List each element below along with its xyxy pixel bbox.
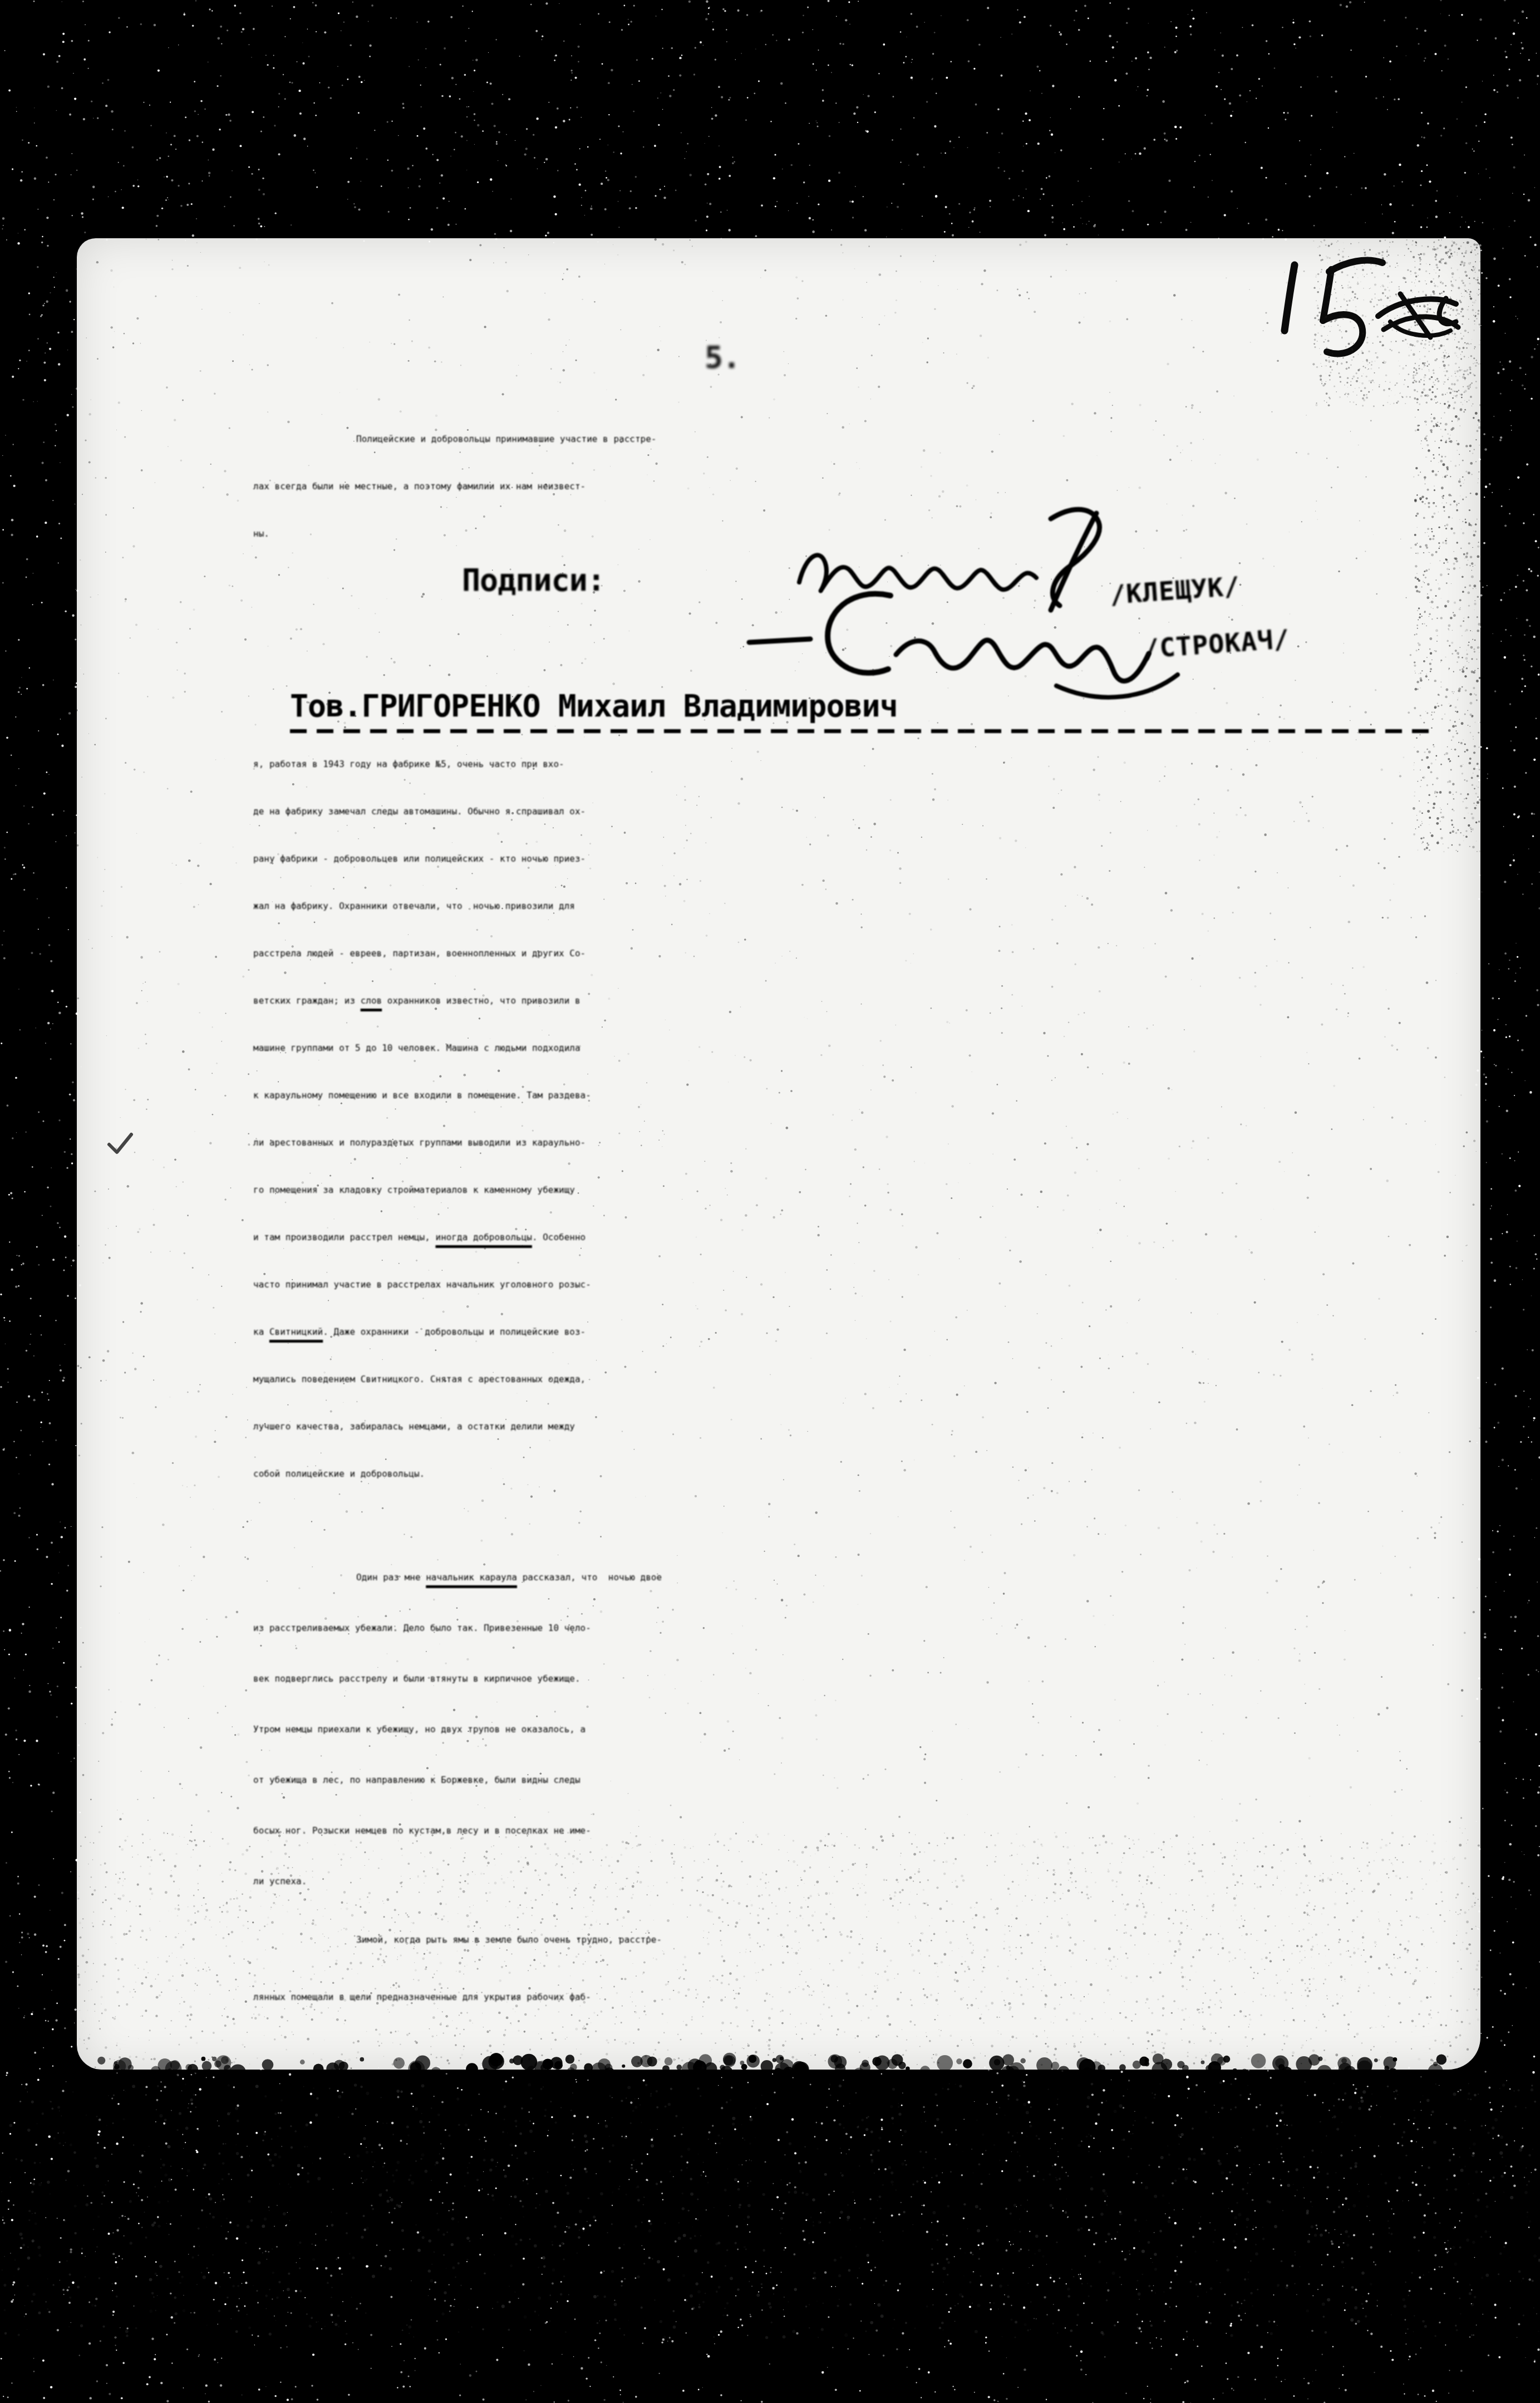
testimony-paragraph-2: Один раз мне начальник караула рассказал… <box>253 1552 1444 1906</box>
photostat-scan: { "document": { "corner_number": "15", "… <box>0 0 1540 2403</box>
document-page: 5. Полицейские и добровольцы принимавшие… <box>77 238 1480 2070</box>
signatures-label: Подписи: <box>462 562 605 598</box>
witness-heading: Тов.ГРИГОРЕНКО Михаил Владимирович <box>290 688 898 724</box>
heading-underline <box>290 729 1430 733</box>
testimony-paragraph-3: Зимой, когда рыть ямы в земле было очень… <box>253 1911 1444 2026</box>
stray-mark <box>104 1128 137 1161</box>
testimony-paragraph-1: я, работая в 1943 году на фабрике №5, оч… <box>253 740 1444 1497</box>
crossed-out-mark <box>1368 282 1474 354</box>
page-number: 5. <box>678 340 767 375</box>
